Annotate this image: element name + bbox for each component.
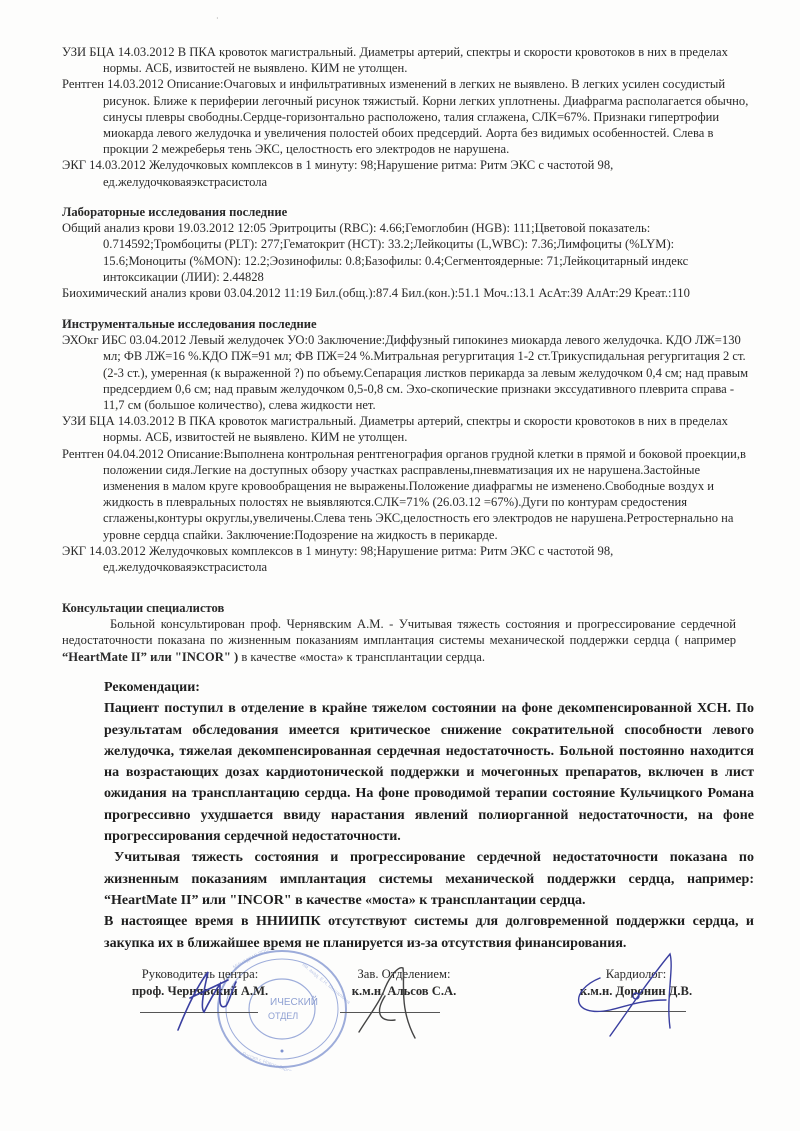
entry-uzi-bca-1: УЗИ БЦА 14.03.2012 В ПКА кровоток магист…: [62, 44, 752, 76]
consult-text-part2: в качестве «моста» к трансплантации серд…: [238, 650, 485, 664]
entry-cbc: Общий анализ крови 19.03.2012 12:05 Эрит…: [62, 220, 752, 285]
entry-uzi-bca-2: УЗИ БЦА 14.03.2012 В ПКА кровоток магист…: [62, 413, 752, 445]
consult-heading: Консультации специалистов: [62, 600, 736, 616]
consult-devices: “HeartMate II” или "INCOR" ): [62, 650, 238, 664]
lab-heading: Лабораторные исследования последние: [62, 204, 752, 220]
section-consultations: Консультации специалистов Больной консул…: [62, 600, 736, 665]
recommendations-heading: Рекомендации:: [104, 677, 754, 698]
entry-xray-2: Рентген 04.04.2012 Описание:Выполнена ко…: [62, 446, 752, 543]
scan-mark: ·: [216, 14, 219, 23]
instr-heading: Инструментальные исследования последние: [62, 316, 752, 332]
section-recommendations: Рекомендации: Пациент поступил в отделен…: [104, 677, 754, 954]
entry-biochem: Биохимический анализ крови 03.04.2012 11…: [62, 285, 752, 301]
recommendations-p2: Учитывая тяжесть состояния и прогрессиро…: [104, 847, 754, 911]
section-top-studies: УЗИ БЦА 14.03.2012 В ПКА кровоток магист…: [62, 44, 752, 190]
handwritten-signature-head: [170, 960, 250, 1035]
handwritten-signature-dept: [355, 960, 425, 1045]
entry-ecg-2: ЭКГ 14.03.2012 Желудочковых комплексов в…: [62, 543, 752, 575]
entry-ecg-1: ЭКГ 14.03.2012 Желудочковых комплексов в…: [62, 157, 752, 189]
entry-echo: ЭХОкг ИБС 03.04.2012 Левый желудочек УО:…: [62, 332, 752, 413]
entry-xray-1: Рентген 14.03.2012 Описание:Очаговых и и…: [62, 76, 752, 157]
consult-text: Больной консультирован проф. Чернявским …: [62, 616, 736, 665]
svg-text:Россия г. Новосибирск: Россия г. Новосибирск: [241, 1051, 293, 1071]
section-instrumental: Инструментальные исследования последние …: [62, 316, 752, 575]
document-page: · УЗИ БЦА 14.03.2012 В ПКА кровоток маги…: [0, 0, 800, 1131]
consult-text-part1: Больной консультирован проф. Чернявским …: [62, 617, 736, 647]
section-lab: Лабораторные исследования последние Общи…: [62, 204, 752, 301]
stamp-text-2: ОТДЕЛ: [268, 1011, 298, 1021]
handwritten-signature-cardiologist: [570, 948, 690, 1038]
recommendations-p1: Пациент поступил в отделение в крайне тя…: [104, 698, 754, 847]
